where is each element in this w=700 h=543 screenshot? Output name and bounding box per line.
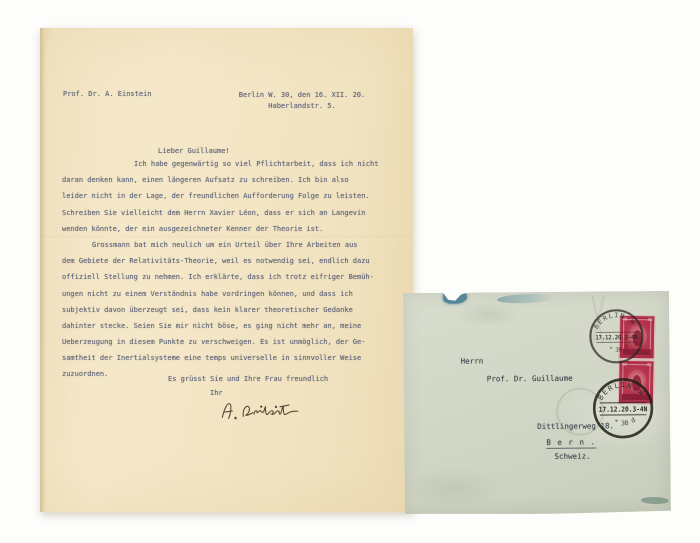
photo-background: Prof. Dr. A. Einstein Berlin W. 30, den … [0,0,700,543]
svg-text:* 30 d: * 30 d [612,416,637,428]
postmark-icon: BERLIN W 17.12.20.3-4N * 30 d [588,308,644,364]
postmark-office: * 30 d [612,416,637,428]
letter-body-line: samtheit der Inertialsysteme eine temps … [62,350,402,366]
letter-street: Haberlandstr. 5. [237,101,367,112]
letter-body-line: leider nicht in der Lage, der freundlich… [62,188,402,204]
letter-sender: Prof. Dr. A. Einstein [63,90,152,98]
einstein-signature-icon [215,394,320,426]
letter-body-line: subjektiv davon überzeugt sei, dass kein… [62,302,402,318]
postmark-date: 17.12.20.3-4N [595,334,637,341]
envelope-sheet: Herrn Prof. Dr. Guillaume Dittlingerweg … [403,291,671,515]
recipient-country: Schweiz. [554,452,590,461]
ink-stain [443,290,467,304]
letter-body-line: dem Gebiete der Relativitäts-Theorie, we… [62,253,402,269]
letter-closing: Es grüsst Sie und Ihre Frau freundlich [168,375,328,383]
stamp-value: 40 [646,363,651,367]
letter-body-line: dahinter stecke. Seien Sie mir nicht bös… [62,318,402,334]
letter-body-line: Ich habe gegenwärtig so viel Pflichtarbe… [62,156,402,172]
letter-body-line: ungen nicht zu einem Verständnis habe vo… [62,286,402,302]
letter-body-line: Ueberzeugung in diesem Punkte zu verschw… [62,334,402,350]
letter-body-line: offiziell Stellung zu nehmen. Ich erklär… [62,269,402,285]
letter-salutation: Lieber Guillaume! [158,147,230,155]
letter-body: Ich habe gegenwärtig so viel Pflichtarbe… [62,156,402,383]
postmark-icon: BERLIN W 17.12.20.3-4N * 30 d [592,377,655,440]
stamp-value: 40 [647,318,652,322]
letter-body-line: Schreiben Sie vielleicht dem Herrn Xavie… [62,205,402,221]
letter-dateline: Berlin W. 30, den 16. XII. 20. Haberland… [237,90,367,111]
recipient-title: Herrn [461,356,484,365]
recipient-name: Prof. Dr. Guillaume [487,374,573,384]
postmark-office: * 30 d [608,343,631,354]
letter-body-line: Grossmann bat mich neulich um ein Urteil… [62,237,402,253]
postmark-date: 17.12.20.3-4N [599,405,648,413]
letter-sheet: Prof. Dr. A. Einstein Berlin W. 30, den … [40,28,413,512]
letter-body-line: daran denken kann, einen längeren Aufsat… [62,172,402,188]
ink-speck [641,497,669,505]
letter-date: Berlin W. 30, den 16. XII. 20. [237,90,367,101]
svg-text:* 30 d: * 30 d [608,343,631,354]
recipient-city: B e r n . [546,437,596,448]
letter-body-line: wenden könnte, der ein ausgezeichneter K… [62,221,402,237]
